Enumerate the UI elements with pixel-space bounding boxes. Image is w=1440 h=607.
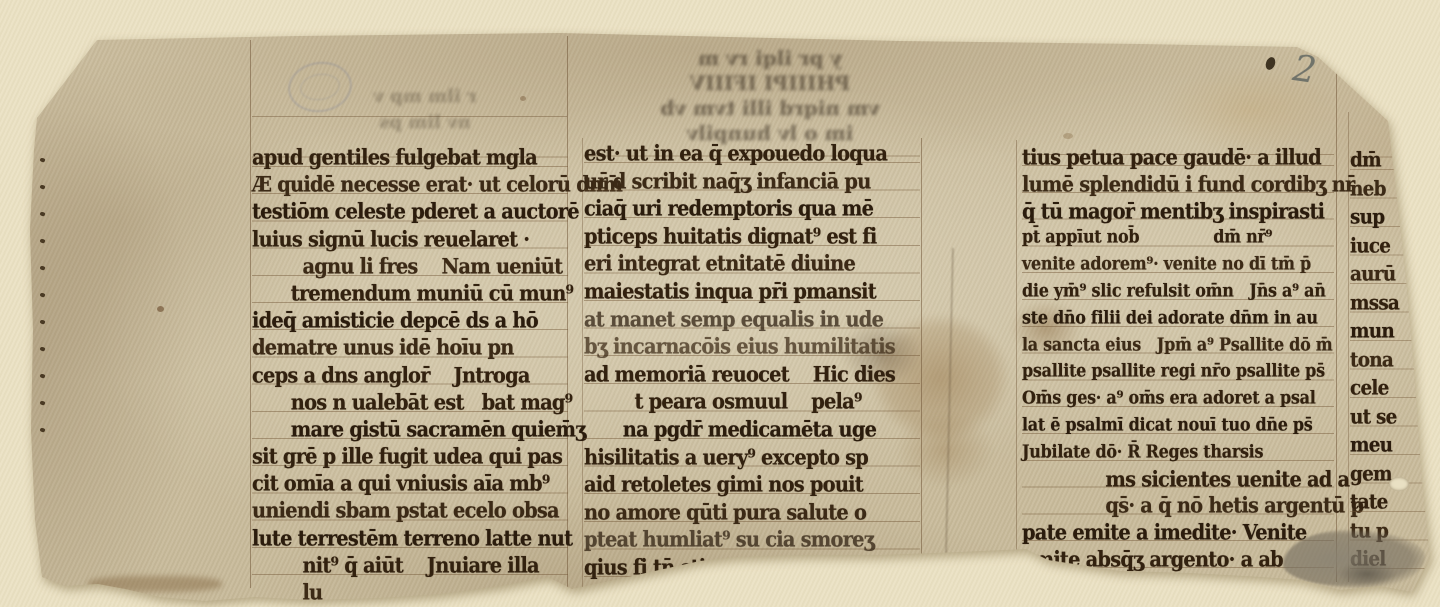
- text-line: meu: [1350, 430, 1430, 461]
- text-line: aid retoletes gimi nos pouit: [584, 470, 910, 500]
- vertical-rule: [250, 40, 251, 588]
- text-line: ste dn̄o filii dei adorate dn̄m in au: [1022, 304, 1325, 333]
- text-column-3: tius petua pace gaudē· a illudlumē splen…: [1022, 143, 1334, 583]
- text-line: aurū: [1350, 259, 1430, 290]
- text-line: no amore qūti pura salute o: [584, 498, 910, 528]
- folio-number: 2: [1290, 49, 1318, 93]
- text-line: mssa: [1350, 288, 1430, 319]
- vertical-rule: [921, 138, 922, 574]
- speck: [1063, 133, 1073, 139]
- text-line: uniendi sbam pstat ecelo obsa: [252, 496, 559, 525]
- text-line: cele: [1350, 373, 1430, 404]
- text-line: mun: [1350, 316, 1430, 347]
- prick-mark: [39, 211, 45, 217]
- show-through-line: nv lim ps: [300, 110, 550, 136]
- text-line: bʒ incarnacōis eius humilitatis: [584, 332, 910, 362]
- prick-mark: [39, 265, 45, 271]
- text-line: Æ quidē necesse erat· ut celorū dnm̄: [252, 170, 559, 199]
- bottom-edge-dirt: [88, 576, 222, 592]
- text-line: ideq̄ amisticie depcē ds a hō: [252, 306, 559, 335]
- prick-marks: [40, 158, 48, 458]
- parchment-shadow: r ilm mp vnv lim ps y pr ilqi rv mPHIIIP…: [0, 0, 1440, 607]
- text-line: diel: [1350, 544, 1430, 575]
- text-line: emite absq̄ʒ argento· a ab: [1022, 545, 1325, 574]
- text-line: pt̄ appīut nob̄ dm̄ nr̄⁹: [1022, 223, 1325, 252]
- text-line: gem: [1350, 459, 1430, 490]
- text-line: testiōm celeste pderet a auctorē: [252, 197, 559, 226]
- text-line: eri integrat etnitatē diuine: [584, 249, 910, 279]
- text-line: pteat humliat⁹ su cia smoreʒ: [584, 525, 910, 555]
- text-line: la sancta eius Jpm̄ a⁹ Psallite dō m̄: [1022, 331, 1325, 360]
- text-line: pticeps huitatis dignat⁹ est fi: [584, 222, 910, 252]
- text-line: ciaq̄ uri redemptoris qua mē: [584, 194, 910, 224]
- text-line: apud gentiles fulgebat mgla: [252, 143, 559, 172]
- prick-mark: [39, 238, 45, 244]
- text-line: cit omīa a qui vniusis aīa mb⁹: [252, 469, 559, 498]
- text-line: mare gistū sacramēn quiem̄ʒ: [252, 415, 559, 444]
- text-line: tona: [1350, 345, 1430, 376]
- text-line: psallite psallite regi nr̄o psallite ps̄: [1022, 357, 1325, 386]
- text-line: Om̄s ges· a⁹ om̄s era adoret a psal: [1022, 384, 1325, 413]
- text-line: qius fi tn̄ stirpa utasaimos: [584, 553, 910, 583]
- text-line: ur̄ d scribit naq̄ʒ infanciā pu: [584, 167, 910, 197]
- text-line: tius petua pace gaudē· a illud: [1022, 143, 1325, 172]
- vertical-rule: [582, 138, 583, 588]
- text-line: hisilitatis a uery⁹ excepto sp: [584, 443, 910, 473]
- prick-mark: [39, 346, 45, 352]
- text-line: dm̄: [1350, 145, 1430, 176]
- prick-mark: [39, 400, 45, 406]
- text-line: sit grē p ille fugit udea qui pas: [252, 442, 559, 471]
- text-line: die ym̄⁹ slic refulsit om̄n Jn̄s a⁹ an̄: [1022, 277, 1325, 306]
- text-line: ms sicientes uenite ad a: [1022, 465, 1325, 494]
- text-line: ut se: [1350, 402, 1430, 433]
- text-line: tate: [1350, 487, 1430, 518]
- manuscript-photo: r ilm mp vnv lim ps y pr ilqi rv mPHIIIP…: [0, 0, 1440, 607]
- text-line: nit⁹ q̄ aiūt Jnuiare illa: [252, 551, 559, 580]
- text-line: agnu li fres Nam ueniūt: [252, 252, 559, 281]
- verso-show-through-col2: y pr ilqi rv mPHIIIPI IFIIIVvm niqrd ill…: [596, 46, 944, 146]
- text-line: dematre unus idē hoīu pn: [252, 333, 559, 362]
- prick-mark: [39, 427, 45, 433]
- text-line: Jubilate dō· R̄ Reges tharsis: [1022, 438, 1325, 467]
- text-line: neb: [1350, 174, 1430, 205]
- parchment-fragment: r ilm mp vnv lim ps y pr ilqi rv mPHIIIP…: [0, 0, 1440, 607]
- text-line: at manet semp equalis in ude: [584, 305, 910, 335]
- text-line: lu: [252, 578, 559, 607]
- vertical-rule: [1016, 140, 1017, 564]
- text-line: iuce: [1350, 231, 1430, 262]
- text-line: nos n ualebāt est bat mag⁹: [252, 388, 559, 417]
- crease-line: [944, 248, 954, 596]
- text-line: na pgdr̄ medicamēta uge: [584, 415, 910, 445]
- text-line: pate emite a imedite· Venite: [1022, 518, 1325, 547]
- text-column-2: est· ut in ea q̄ expouedo loquaur̄ d scr…: [584, 139, 920, 587]
- text-line: lute terrestēm terreno latte nut: [252, 524, 559, 553]
- show-through-line: y pr ilqi rv m: [596, 46, 944, 71]
- text-line: ad memoriā reuocet Hic dies: [584, 360, 910, 390]
- text-line: lat ē psalmī dicat nouī tuo dn̄e ps̄: [1022, 411, 1325, 440]
- text-line: venite adorem⁹· venite no dī tm̄ p̄: [1022, 250, 1325, 279]
- prick-mark: [39, 157, 45, 163]
- text-line: t peara osmuul pela⁹: [584, 387, 910, 417]
- prick-mark: [39, 292, 45, 298]
- text-line: ceps a dns anglor̄ Jntroga: [252, 361, 559, 390]
- library-stamp-inner-ring: [298, 71, 341, 102]
- text-line: est· ut in ea q̄ expouedo loqua: [584, 139, 910, 169]
- text-line: tu p: [1350, 516, 1430, 547]
- show-through-line: vm niqrd illi tvm vb: [596, 96, 944, 121]
- text-line: lumē splendidū i fund cordibʒ nr̄: [1022, 170, 1325, 199]
- text-line: q̄ tū magor̄ mentibʒ inspirasti: [1022, 197, 1325, 226]
- speck: [157, 306, 164, 312]
- text-line: qs̄· a q̄ nō hetis argentū p: [1022, 491, 1325, 520]
- prick-mark: [39, 319, 45, 325]
- prick-mark: [39, 184, 45, 190]
- text-line: tremendum muniū cū mun⁹: [252, 279, 559, 308]
- text-line: luius signū lucis reuelaret ·: [252, 225, 559, 254]
- prick-mark: [39, 373, 45, 379]
- text-line: sup: [1350, 202, 1430, 233]
- show-through-line: PHIIIPI IFIIIV: [596, 71, 944, 96]
- text-line: maiestatis inqua pr̄i pmansit: [584, 277, 910, 307]
- text-column-1: apud gentiles fulgebat mglaÆ quidē neces…: [252, 143, 568, 607]
- wormhole-icon: [1264, 56, 1277, 71]
- text-column-4-clipped: dm̄nebsupiuceaurūmssamuntonaceleut semeu…: [1350, 145, 1432, 585]
